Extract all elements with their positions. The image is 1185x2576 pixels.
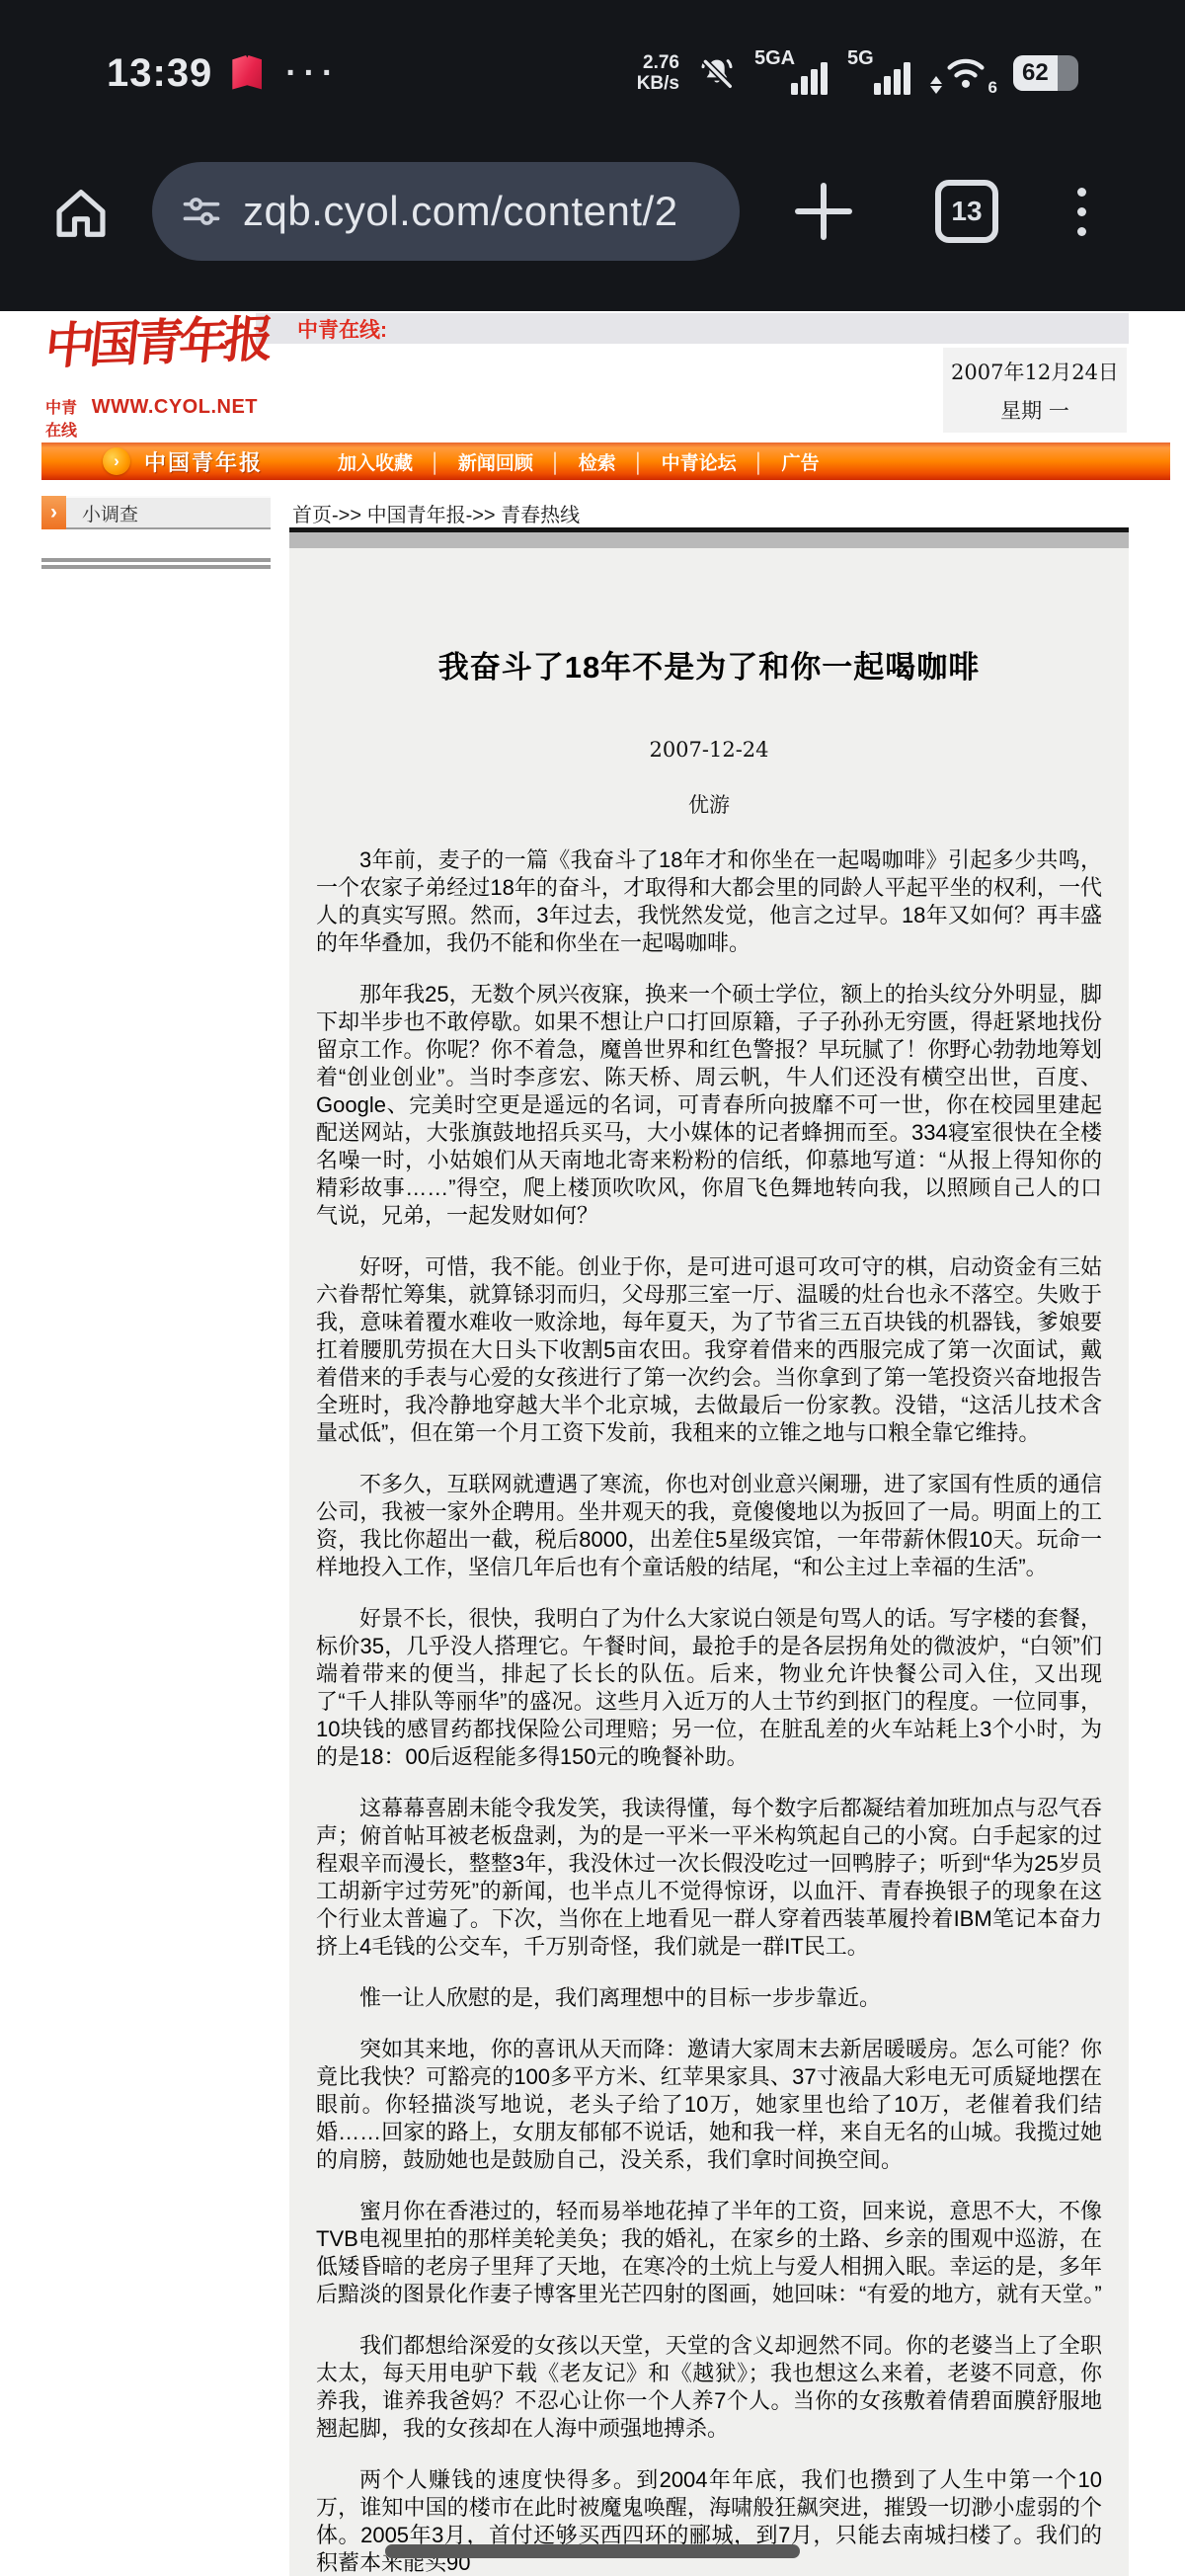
site-logo[interactable]: 中国青年报 中青在线 WWW.CYOL.NET <box>45 319 258 441</box>
nav-brand-label: 中国青年报 <box>144 446 263 477</box>
divider-gray-bar <box>289 532 1129 548</box>
wifi-generation-label: 6 <box>988 78 997 98</box>
phone-status-area: 13:39 ··· 2.76 KB/s 5GA <box>0 0 1185 311</box>
sim1-network-type: 5GA <box>754 47 795 70</box>
home-button[interactable] <box>34 181 128 242</box>
sidebar-item-survey[interactable]: › 小调查 <box>41 496 271 529</box>
battery-percent: 62 <box>1022 59 1049 87</box>
nav-link[interactable]: 新闻回顾 <box>413 448 533 475</box>
logo-sub-cn: 中青在线 <box>45 395 82 441</box>
tab-switcher-button[interactable]: 13 <box>935 180 998 243</box>
date-line1: 2007年12月24日 <box>951 357 1119 386</box>
sim1-signal: 5GA <box>754 50 829 96</box>
article-paragraph: 不多久，互联网就遭遇了寒流，你也对创业意兴阑珊，进了家国有性质的通信公司，我被一… <box>316 1471 1102 1581</box>
article-paragraph: 好景不长，很快，我明白了为什么大家说白领是句骂人的话。写字楼的套餐，标价35，几… <box>316 1605 1102 1771</box>
browser-menu-button[interactable] <box>1077 188 1086 236</box>
date-line2: 星期 一 <box>1000 395 1069 425</box>
article-paragraph: 突如其来地，你的喜讯从天而降：邀请大家周末去新居暖暖房。怎么可能？你竟比我快？可… <box>316 2036 1102 2174</box>
sim2-signal-bars-icon <box>874 62 910 95</box>
site-settings-tune-icon[interactable] <box>180 190 223 233</box>
site-topbar: 中青在线: <box>256 313 1129 344</box>
mute-bell-icon <box>697 53 737 93</box>
article-author: 优游 <box>316 789 1102 819</box>
nav-link[interactable]: 加入收藏 <box>338 448 413 475</box>
url-text[interactable]: zqb.cyol.com/content/2 <box>243 188 678 235</box>
gesture-navigation-pill[interactable] <box>385 2544 800 2558</box>
url-bar[interactable]: zqb.cyol.com/content/2 <box>152 162 740 261</box>
network-speed: 2.76 KB/s <box>637 52 679 94</box>
sim2-network-type: 5G <box>847 47 874 70</box>
nav-link[interactable]: 广告 <box>737 448 820 475</box>
more-notifications-icon: ··· <box>285 54 340 93</box>
article-paragraph: 这幕幕喜剧未能令我发笑，我读得懂，每个数字后都凝结着加班加点与忍气吞声；俯首帖耳… <box>316 1795 1102 1961</box>
breadcrumb[interactable]: 首页->> 中国青年报->> 青春热线 <box>292 499 580 527</box>
tab-count: 13 <box>951 196 982 227</box>
sim1-signal-bars-icon <box>791 62 828 95</box>
date-box: 2007年12月24日 星期 一 <box>943 348 1127 433</box>
nav-link[interactable]: 中青论坛 <box>616 448 737 475</box>
reading-app-notification-icon <box>232 55 262 91</box>
network-speed-unit: KB/s <box>637 73 679 94</box>
article-paragraph: 我们都想给深爱的女孩以天堂，天堂的含义却迥然不同。你的老婆当上了全职太太，每天用… <box>316 2332 1102 2443</box>
logo-calligraphy: 中国青年报 <box>42 312 262 373</box>
topbar-label: 中青在线: <box>297 314 387 344</box>
article-title: 我奋斗了18年不是为了和你一起喝咖啡 <box>316 642 1102 686</box>
nav-link[interactable]: 检索 <box>533 448 616 475</box>
clock: 13:39 <box>107 51 212 96</box>
status-bar: 13:39 ··· 2.76 KB/s 5GA <box>0 38 1185 109</box>
new-tab-button[interactable] <box>795 183 852 240</box>
article-paragraph: 两个人赚钱的速度快得多。到2004年年底，我们也攒到了人生中第一个10万，谁知中… <box>316 2466 1102 2576</box>
nav-brand-icon: › <box>103 447 130 475</box>
sidebar-item-label: 小调查 <box>66 496 271 529</box>
nav-links: 加入收藏新闻回顾检索中青论坛广告 <box>338 448 820 475</box>
article-paragraph: 蜜月你在香港过的，轻而易举地花掉了半年的工资，回来说，意思不大，不像TVB电视里… <box>316 2198 1102 2308</box>
article: 我奋斗了18年不是为了和你一起喝咖啡 2007-12-24 优游 3年前，麦子的… <box>289 642 1129 2576</box>
article-date: 2007-12-24 <box>316 738 1102 762</box>
logo-sub-url: WWW.CYOL.NET <box>92 396 258 419</box>
site-nav-bar: › 中国青年报 加入收藏新闻回顾检索中青论坛广告 <box>41 443 1170 480</box>
article-body: 3年前，麦子的一篇《我奋斗了18年才和你坐在一起喝咖啡》引起多少共鸣，一个农家子… <box>316 846 1102 2576</box>
webpage: 中青在线: 中国青年报 中青在线 WWW.CYOL.NET 2007年12月24… <box>0 311 1185 2576</box>
article-paragraph: 3年前，麦子的一篇《我奋斗了18年才和你坐在一起喝咖啡》引起多少共鸣，一个农家子… <box>316 846 1102 957</box>
article-paragraph: 那年我25，无数个夙兴夜寐，换来一个硕士学位，额上的抬头纹分外明显，脚下却半步也… <box>316 981 1102 1230</box>
sidebar-arrow-icon: › <box>41 496 66 529</box>
nav-brand[interactable]: › 中国青年报 <box>41 446 286 477</box>
article-paragraph: 好呀，可惜，我不能。创业于你，是可进可退可攻可守的棋，启动资金有三姑六眷帮忙筹集… <box>316 1253 1102 1447</box>
browser-toolbar: zqb.cyol.com/content/2 13 <box>0 156 1185 267</box>
sidebar-divider-lines <box>41 558 271 572</box>
article-paragraph: 惟一让人欣慰的是，我们离理想中的目标一步步靠近。 <box>316 1984 1102 2012</box>
wifi-icon: 6 <box>930 50 995 96</box>
article-column: 我奋斗了18年不是为了和你一起喝咖啡 2007-12-24 优游 3年前，麦子的… <box>289 527 1129 2576</box>
battery-icon: 62 <box>1013 55 1078 91</box>
sim2-signal: 5G <box>847 50 912 96</box>
network-speed-value: 2.76 <box>643 52 679 73</box>
